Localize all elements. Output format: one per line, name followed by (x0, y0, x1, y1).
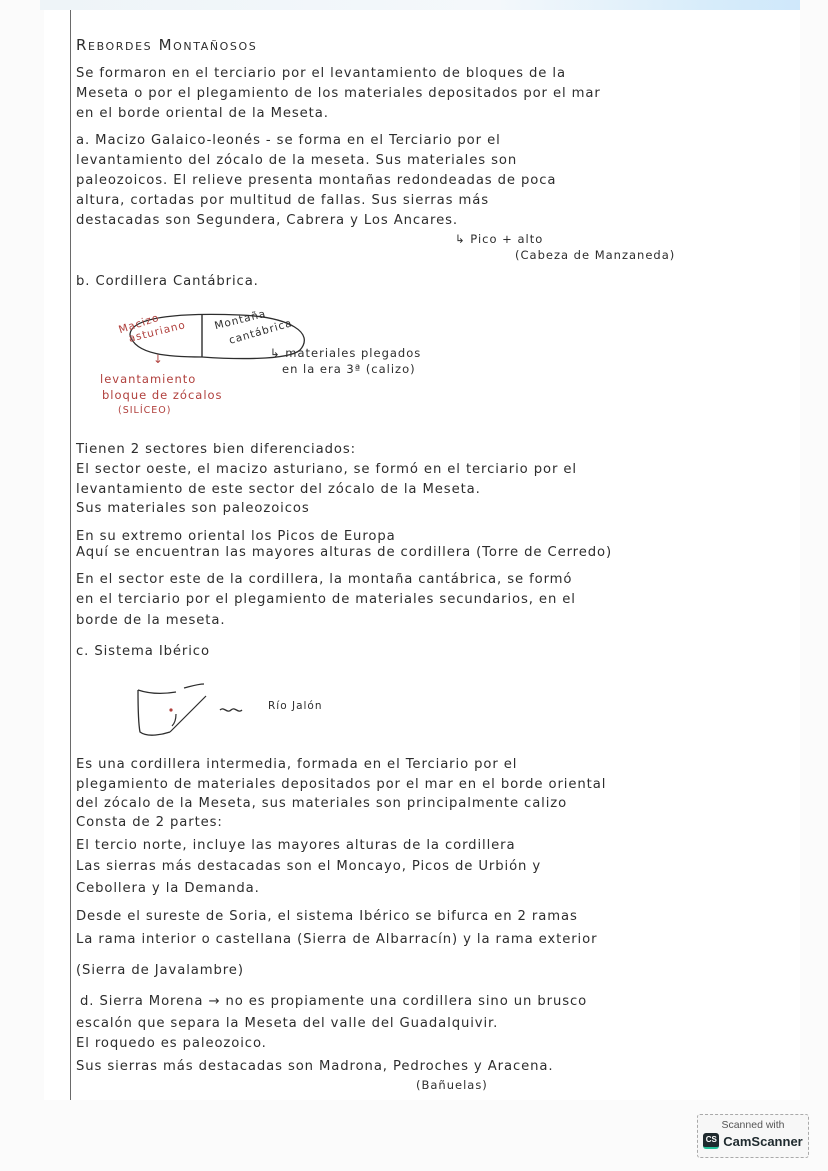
camscanner-logo-icon: CS (703, 1133, 719, 1149)
section-b-line: Aquí se encuentran las mayores alturas d… (76, 545, 612, 560)
intro-line: Se formaron en el terciario por el levan… (76, 66, 566, 81)
down-arrow-icon: ↓ (153, 352, 164, 366)
section-b-line: En el sector este de la cordillera, la m… (76, 572, 572, 587)
section-c-line: plegamiento de materiales depositados po… (76, 777, 606, 792)
sistema-iberico-sketch (128, 682, 248, 742)
section-a-note: (Cabeza de Manzaneda) (515, 248, 675, 262)
section-c-line: Es una cordillera intermedia, formada en… (76, 757, 517, 772)
siliceo-note: (SILÍCEO) (118, 405, 171, 416)
scan-top-edge (40, 0, 800, 10)
section-b-line: en el terciario por el plegamiento de ma… (76, 592, 576, 607)
section-c-line: Cebollera y la Demanda. (76, 881, 260, 896)
scanned-with-label: Scanned with (698, 1119, 808, 1131)
section-b-line: Tienen 2 sectores bien diferenciados: (76, 442, 356, 457)
section-c-line: Consta de 2 partes: (76, 815, 223, 830)
margin-line (70, 10, 71, 1100)
section-c-line: del zócalo de la Meseta, sus materiales … (76, 796, 567, 811)
intro-line: en el borde oriental de la Meseta. (76, 106, 329, 121)
section-a-note: ↳ Pico + alto (455, 232, 543, 246)
camscanner-brand: CamScanner (723, 1134, 802, 1149)
camscanner-watermark: Scanned with CS CamScanner (697, 1114, 809, 1158)
intro-line: Meseta o por el plegamiento de los mater… (76, 86, 601, 101)
section-c-line: Desde el sureste de Soria, el sistema Ib… (76, 909, 578, 924)
section-a-line: levantamiento del zócalo de la meseta. S… (76, 153, 517, 168)
era-3-note: en la era 3ª (calizo) (282, 362, 416, 376)
section-a-line: destacadas son Segundera, Cabrera y Los … (76, 213, 458, 228)
section-d-line: Sus sierras más destacadas son Madrona, … (76, 1059, 553, 1074)
levantamiento-note: levantamiento (100, 372, 196, 386)
materiales-plegados-note: ↳ materiales plegados (270, 346, 421, 360)
section-d-note: (Bañuelas) (416, 1078, 488, 1092)
bloque-note: bloque de zócalos (102, 388, 223, 402)
section-b-heading: b. Cordillera Cantábrica. (76, 274, 259, 289)
section-b-line: levantamiento de este sector del zócalo … (76, 482, 481, 497)
section-c-line: Las sierras más destacadas son el Moncay… (76, 859, 541, 874)
page-title: Rebordes Montañosos (76, 36, 257, 54)
section-b-line: El sector oeste, el macizo asturiano, se… (76, 462, 577, 477)
section-c-line: (Sierra de Javalambre) (76, 963, 244, 978)
section-b-line: borde de la meseta. (76, 613, 225, 628)
section-a-line: altura, cortadas por multitud de fallas.… (76, 193, 489, 208)
section-c-line: La rama interior o castellana (Sierra de… (76, 932, 597, 947)
section-a-line: paleozoicos. El relieve presenta montaña… (76, 173, 556, 188)
section-d-heading: d. Sierra Morena → no es propiamente una… (80, 994, 587, 1009)
section-c-heading: c. Sistema Ibérico (76, 644, 210, 659)
section-d-line: escalón que separa la Meseta del valle d… (76, 1016, 498, 1031)
rio-jalon-label: Río Jalón (268, 700, 323, 712)
section-b-line: En su extremo oriental los Picos de Euro… (76, 529, 396, 544)
section-c-line: El tercio norte, incluye las mayores alt… (76, 838, 515, 853)
section-b-line: Sus materiales son paleozoicos (76, 501, 310, 516)
section-d-line: El roquedo es paleozoico. (76, 1036, 267, 1051)
section-a-heading: a. Macizo Galaico-leonés - se forma en e… (76, 133, 501, 148)
